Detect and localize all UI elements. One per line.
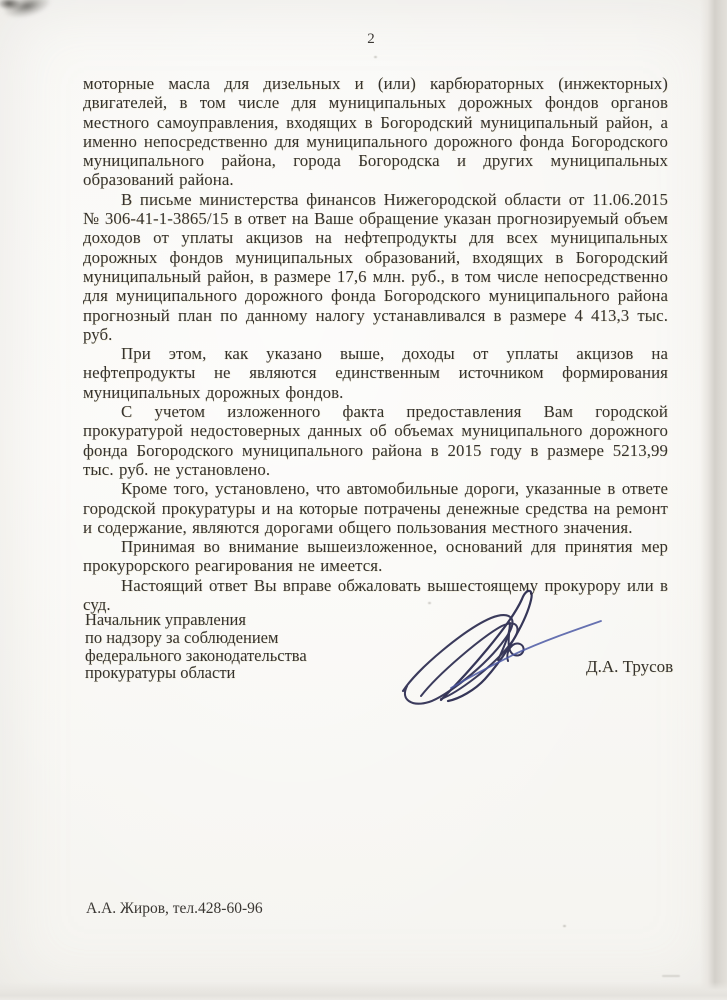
scan-speck [563,925,566,927]
letter-body: моторные масла для дизельных и (или) кар… [83,74,668,614]
page-bottom-edge-shadow [0,982,727,1000]
signer-position-line: Начальник управления [85,611,307,629]
signer-name: Д.А. Трусов [586,657,673,677]
handwritten-signature-ink [393,583,623,713]
scan-scratch [662,975,680,977]
paragraph-6: Принимая во внимание вышеизложенное, осн… [83,537,668,576]
signer-position-line: федерального законодательства [85,647,307,665]
executor-contact: А.А. Жиров, тел.428-60-96 [86,900,263,918]
paragraph-1: моторные масла для дизельных и (или) кар… [83,74,668,190]
scanned-letter-page: 2 моторные масла для дизельных и (или) к… [0,0,727,1000]
signature-title-block: Начальник управления по надзору за соблю… [85,611,307,682]
paragraph-4: С учетом изложенного факта предоставлени… [83,402,668,479]
paragraph-5: Кроме того, установлено, что автомобильн… [83,479,668,537]
scan-speck [374,56,377,58]
signer-position-line: прокуратуры области [85,664,307,682]
paragraph-3: При этом, как указано выше, доходы от уп… [83,344,668,402]
scan-smudge-top-left-core [0,0,21,10]
signer-position-line: по надзору за соблюдением [85,629,307,647]
paragraph-2: В письме министерства финансов Нижегород… [83,190,668,344]
page-right-edge-shadow [700,0,727,1000]
page-number: 2 [0,31,727,48]
